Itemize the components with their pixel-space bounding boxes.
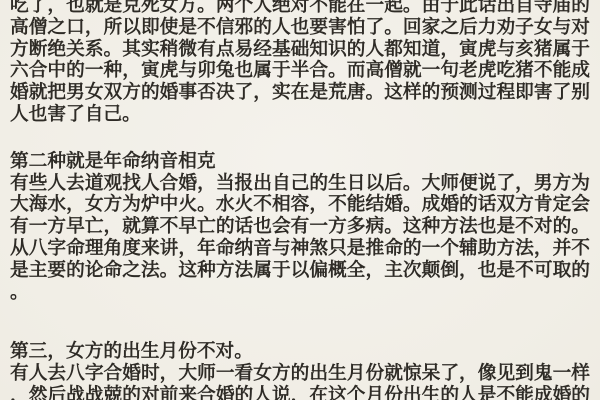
text-line: 有一方早亡，就算不早亡的话也会有一方多病。这种方法也是不对的。 (10, 216, 590, 238)
text-line: 有些人去道观找人合婚，当报出自己的生日以后。大师便说了，男方为 (10, 173, 590, 195)
text-line: 从八字命理角度来讲，年命纳音与神煞只是推命的一个辅助方法，并不 (10, 238, 590, 260)
paragraph-2: 第二种就是年命纳音相克有些人去道观找人合婚，当报出自己的生日以后。大师便说了，男… (10, 151, 590, 304)
text-line: 方断绝关系。其实稍微有点易经基础知识的人都知道，寅虎与亥猪属于 (10, 39, 590, 61)
text-line: 吃了，也就是克死女方。两个人绝对不能在一起。由于此话出自寺庙的 (10, 0, 590, 17)
text-line: 。 (10, 282, 590, 304)
text-line: 有人去八字合婚时，大师一看女方的出生月份就惊呆了，像见到鬼一样 (10, 363, 590, 385)
text-line: 人也害了自己。 (10, 104, 590, 126)
text-line: 六合中的一种，寅虎与卯兔也属于半合。而高僧就一句老虎吃猪不能成 (10, 60, 590, 82)
text-line: 是主要的论命之法。这种方法属于以偏概全，主次颠倒，也是不可取的 (10, 260, 590, 282)
text-line: ，然后战战兢的对前来合婚的人说，在这个月份出生的人是不能成婚的 (10, 385, 590, 400)
paragraph-1: 吃了，也就是克死女方。两个人绝对不能在一起。由于此话出自寺庙的高僧之口，所以即使… (10, 0, 590, 126)
text-line: 高僧之口，所以即使是不信邪的人也要害怕了。回家之后力劝子女与对 (10, 17, 590, 39)
paragraph-3: 第三，女方的出生月份不对。有人去八字合婚时，大师一看女方的出生月份就惊呆了，像见… (10, 341, 590, 400)
article-text: 吃了，也就是克死女方。两个人绝对不能在一起。由于此话出自寺庙的高僧之口，所以即使… (0, 0, 600, 400)
text-line: 婚就把男女双方的婚事否决了，实在是荒唐。这样的预测过程即害了别 (10, 82, 590, 104)
text-line: 第三，女方的出生月份不对。 (10, 341, 590, 363)
text-line: 第二种就是年命纳音相克 (10, 151, 590, 173)
text-line: 大海水，女方为炉中火。水火不相容，不能结婚。成婚的话双方肯定会 (10, 194, 590, 216)
